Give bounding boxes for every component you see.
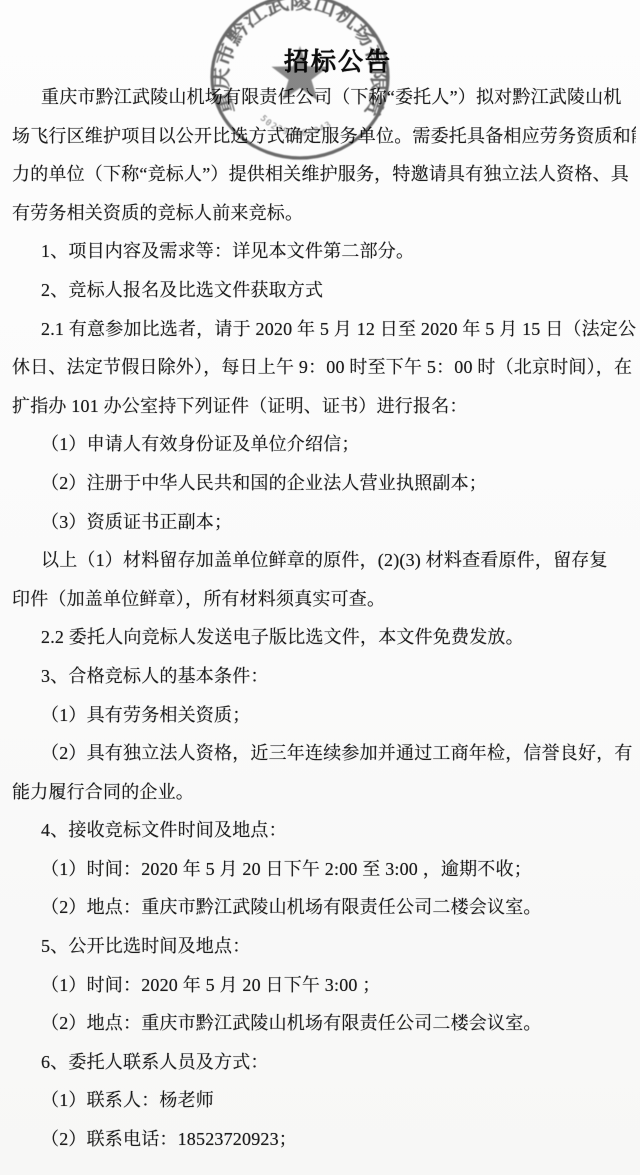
document-line: （2）注册于中华人民共和国的企业法人营业执照副本； bbox=[12, 464, 636, 503]
document-line: 能力履行合同的企业。 bbox=[12, 773, 636, 812]
document-line: 有劳务相关资质的竞标人前来竞标。 bbox=[12, 194, 636, 233]
document-line: 印件（加盖单位鲜章），所有材料须真实可查。 bbox=[12, 580, 636, 619]
document-line: 2.2 委托人向竞标人发送电子版比选文件，本文件免费发放。 bbox=[12, 618, 636, 657]
document-line: （1）具有劳务相关资质； bbox=[12, 696, 636, 735]
document-line: 3、合格竞标人的基本条件： bbox=[12, 657, 636, 696]
document-line: 4、接收竞标文件时间及地点： bbox=[12, 811, 636, 850]
document-line: 6、委托人联系人员及方式： bbox=[12, 1043, 636, 1082]
document-line: 2、竞标人报名及比选文件获取方式 bbox=[12, 271, 636, 310]
document-line: 以上（1）材料留存加盖单位鲜章的原件，(2)(3) 材料查看原件，留存复 bbox=[12, 541, 636, 580]
page-title: 招标公告 bbox=[284, 42, 392, 78]
document-page: 重庆市黔江武陵山机场有限责任公司 502391005843 招标公告 重庆市黔江… bbox=[0, 0, 640, 1175]
document-line: （3）资质证书正副本； bbox=[12, 503, 636, 542]
document-line: 1、项目内容及需求等：详见本文件第二部分。 bbox=[12, 232, 636, 271]
document-line: （1）联系人：杨老师 bbox=[12, 1081, 636, 1120]
document-body: 重庆市黔江武陵山机场有限责任公司（下称“委托人”）拟对黔江武陵山机场飞行区维护项… bbox=[12, 78, 636, 1159]
document-line: （1）申请人有效身份证及单位介绍信； bbox=[12, 425, 636, 464]
document-line: 场飞行区维护项目以公开比选方式确定服务单位。需委托具备相应劳务资质和能 bbox=[12, 117, 636, 156]
document-line: 休日、法定节假日除外），每日上午 9：00 时至下午 5：00 时（北京时间），… bbox=[12, 348, 636, 387]
document-line: （2）联系电话：18523720923； bbox=[12, 1120, 636, 1159]
document-line: （1）时间：2020 年 5 月 20 日下午 3:00 ； bbox=[12, 966, 636, 1005]
document-line: 力的单位（下称“竞标人”）提供相关维护服务，特邀请具有独立法人资格、具 bbox=[12, 155, 636, 194]
document-line: 重庆市黔江武陵山机场有限责任公司（下称“委托人”）拟对黔江武陵山机 bbox=[12, 78, 636, 117]
document-line: （2）地点：重庆市黔江武陵山机场有限责任公司二楼会议室。 bbox=[12, 1004, 636, 1043]
document-line: （1）时间：2020 年 5 月 20 日下午 2:00 至 3:00 ，逾期不… bbox=[12, 850, 636, 889]
document-line: （2）地点：重庆市黔江武陵山机场有限责任公司二楼会议室。 bbox=[12, 888, 636, 927]
document-line: （2）具有独立法人资格，近三年连续参加并通过工商年检，信誉良好，有 bbox=[12, 734, 636, 773]
document-line: 2.1 有意参加比选者，请于 2020 年 5 月 12 日至 2020 年 5… bbox=[12, 310, 636, 349]
document-line: 5、公开比选时间及地点： bbox=[12, 927, 636, 966]
document-line: 扩指办 101 办公室持下列证件（证明、证书）进行报名： bbox=[12, 387, 636, 426]
